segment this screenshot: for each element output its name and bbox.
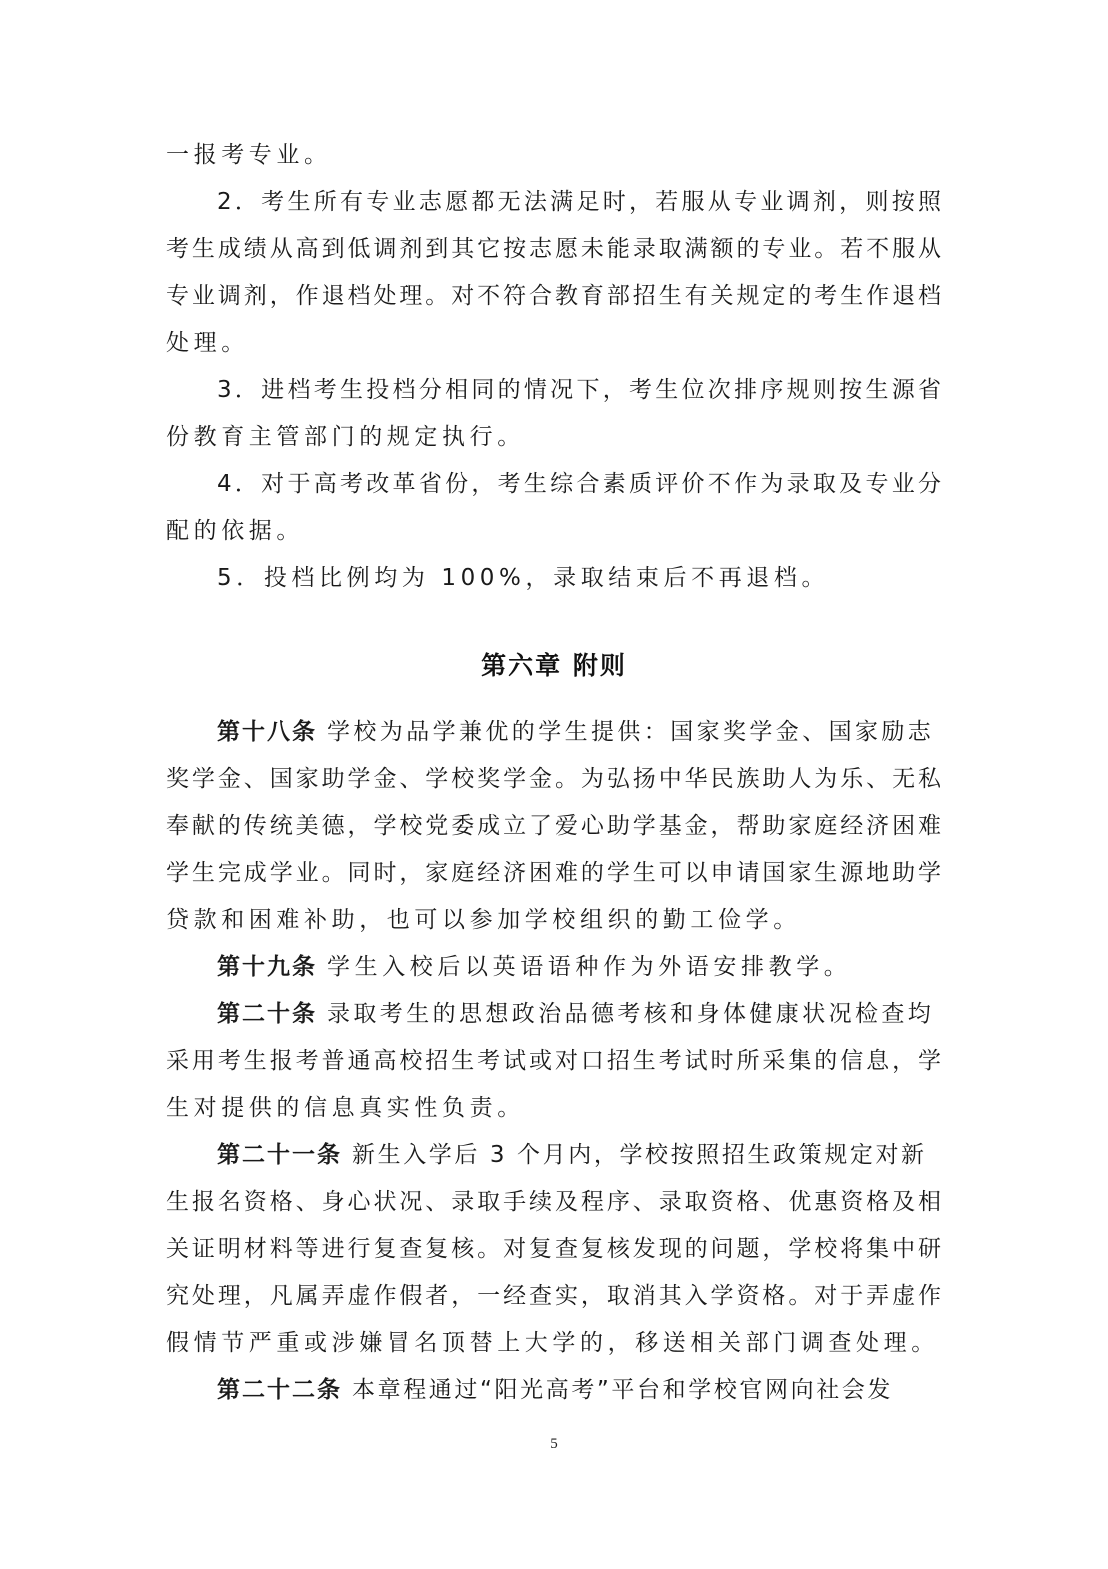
article-18-line: 学生完成学业。同时，家庭经济困难的学生可以申请国家生源地助学: [166, 853, 941, 893]
list-item-4-line: 4．对于高考改革省份，考生综合素质评价不作为录取及专业分: [217, 464, 941, 504]
article-21-line: 假情节严重或涉嫌冒名顶替上大学的，移送相关部门调查处理。: [166, 1323, 941, 1363]
article-18-line: 第十八条学校为品学兼优的学生提供：国家奖学金、国家励志: [217, 712, 941, 752]
document-page: 一报考专业。 2．考生所有专业志愿都无法满足时，若服从专业调剂，则按照 考生成绩…: [0, 0, 1108, 1569]
list-item-4-line: 配的依据。: [166, 511, 941, 551]
article-20-line: 生对提供的信息真实性负责。: [166, 1088, 941, 1128]
list-item-2-line: 处理。: [166, 323, 941, 363]
list-item-3-line: 份教育主管部门的规定执行。: [166, 417, 941, 457]
article-label: 第十九条: [217, 954, 317, 980]
article-18-line: 奖学金、国家助学金、学校奖学金。为弘扬中华民族助人为乐、无私: [166, 759, 941, 799]
list-item-2-line: 考生成绩从高到低调剂到其它按志愿未能录取满额的专业。若不服从: [166, 229, 941, 269]
article-20-line: 第二十条录取考生的思想政治品德考核和身体健康状况检查均: [217, 994, 941, 1034]
article-21-line: 第二十一条新生入学后 3 个月内，学校按照招生政策规定对新: [217, 1135, 941, 1175]
list-item-3-line: 3．进档考生投档分相同的情况下，考生位次排序规则按生源省: [217, 370, 941, 410]
article-text: 学校为品学兼优的学生提供：国家奖学金、国家励志: [327, 719, 934, 745]
paragraph-line: 一报考专业。: [166, 135, 941, 175]
article-19-line: 第十九条学生入校后以英语语种作为外语安排教学。: [217, 947, 941, 987]
list-item-2-line: 专业调剂，作退档处理。对不符合教育部招生有关规定的考生作退档: [166, 276, 941, 316]
article-20-line: 采用考生报考普通高校招生考试或对口招生考试时所采集的信息，学: [166, 1041, 941, 1081]
chapter-heading: 第六章 附则: [0, 646, 1108, 686]
article-21-line: 关证明材料等进行复查复核。对复查复核发现的问题，学校将集中研: [166, 1229, 941, 1269]
page-number: 5: [0, 1436, 1108, 1453]
article-22-line: 第二十二条本章程通过“阳光高考”平台和学校官网向社会发: [217, 1370, 941, 1410]
article-21-line: 生报名资格、身心状况、录取手续及程序、录取资格、优惠资格及相: [166, 1182, 941, 1222]
article-18-line: 奉献的传统美德，学校党委成立了爱心助学基金，帮助家庭经济困难: [166, 806, 941, 846]
list-item-5-line: 5．投档比例均为 100%，录取结束后不再退档。: [217, 558, 941, 598]
article-label: 第十八条: [217, 719, 317, 745]
article-text: 本章程通过“阳光高考”平台和学校官网向社会发: [352, 1377, 893, 1403]
article-label: 第二十条: [217, 1001, 317, 1027]
article-text: 新生入学后 3 个月内，学校按照招生政策规定对新: [352, 1142, 927, 1168]
article-21-line: 究处理，凡属弄虚作假者，一经查实，取消其入学资格。对于弄虚作: [166, 1276, 941, 1316]
article-text: 学生入校后以英语语种作为外语安排教学。: [327, 954, 851, 980]
article-label: 第二十一条: [217, 1142, 342, 1168]
article-18-line: 贷款和困难补助，也可以参加学校组织的勤工俭学。: [166, 900, 941, 940]
list-item-2-line: 2．考生所有专业志愿都无法满足时，若服从专业调剂，则按照: [217, 182, 941, 222]
article-text: 录取考生的思想政治品德考核和身体健康状况检查均: [327, 1001, 934, 1027]
article-label: 第二十二条: [217, 1377, 342, 1403]
